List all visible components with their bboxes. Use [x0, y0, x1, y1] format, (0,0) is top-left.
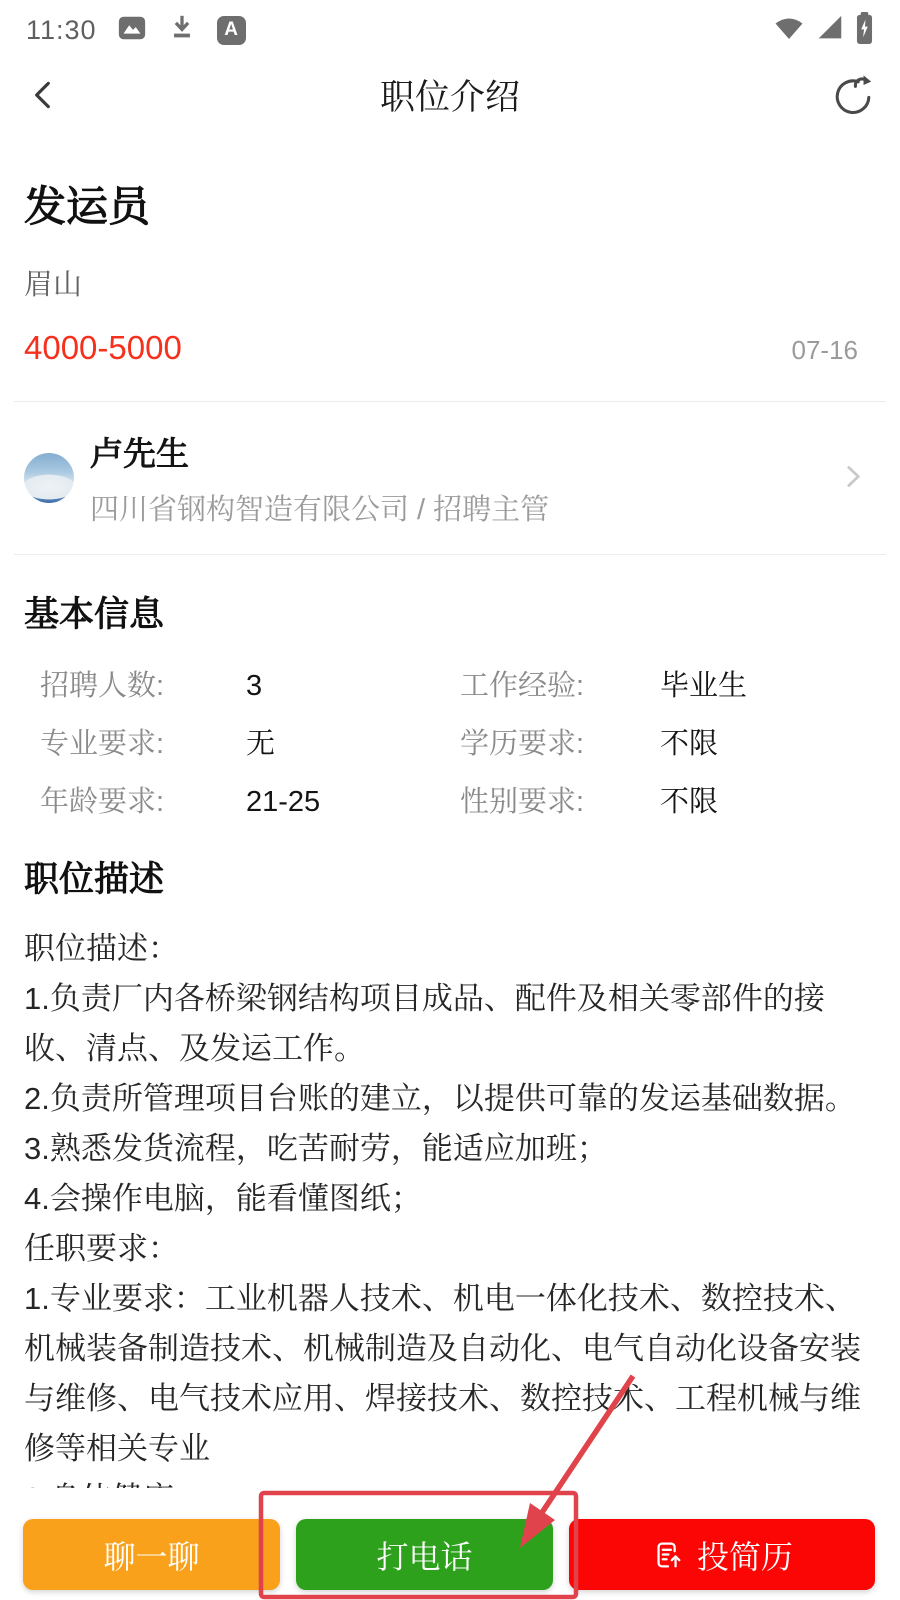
- chat-button[interactable]: 聊一聊: [23, 1519, 280, 1590]
- info-value: 不限: [660, 721, 876, 762]
- info-value: 21-25: [246, 786, 460, 819]
- info-label: 年龄要求:: [40, 779, 246, 820]
- info-label: 招聘人数:: [40, 663, 246, 704]
- app-a-icon: A: [217, 16, 246, 45]
- info-label: 学历要求:: [460, 721, 660, 762]
- clock-time: 11:30: [26, 15, 97, 46]
- job-detail-screen: 11:30 A 职位介绍: [0, 0, 900, 1600]
- job-title: 发运员: [24, 174, 858, 234]
- job-description-paragraph: 任职要求：: [24, 1224, 876, 1274]
- recruiter-name: 卢先生: [90, 428, 549, 475]
- bottom-action-bar: 聊一聊 打电话 投简历: [0, 1488, 900, 1600]
- photo-icon: [117, 13, 147, 48]
- basic-info-title: 基本信息: [24, 587, 876, 637]
- info-label: 性别要求:: [460, 779, 660, 820]
- info-value: 不限: [660, 779, 876, 820]
- chevron-right-icon: [836, 459, 870, 498]
- info-label: 专业要求:: [40, 721, 246, 762]
- info-label: 工作经验:: [460, 663, 660, 704]
- job-description-paragraph: 职位描述：: [24, 924, 876, 974]
- status-bar: 11:30 A: [0, 0, 900, 52]
- job-description-paragraph: 1.专业要求：工业机器人技术、机电一体化技术、数控技术、机械装备制造技术、机械制…: [24, 1274, 876, 1474]
- recruiter-card[interactable]: 卢先生 四川省钢构智造有限公司 / 招聘主管: [0, 402, 900, 554]
- post-date: 07-16: [792, 335, 859, 366]
- battery-charging-icon: [855, 12, 874, 49]
- recruiter-company-role: 四川省钢构智造有限公司 / 招聘主管: [90, 487, 549, 528]
- nav-header: 职位介绍: [0, 60, 900, 130]
- job-description-paragraph: 4.会操作电脑，能看懂图纸；: [24, 1174, 876, 1224]
- apply-resume-button[interactable]: 投简历: [569, 1519, 875, 1590]
- job-description-paragraph: 3.熟悉发货流程，吃苦耐劳，能适应加班；: [24, 1124, 876, 1174]
- resume-upload-icon: [651, 1538, 685, 1572]
- job-description-paragraph: 1.负责厂内各桥梁钢结构项目成品、配件及相关零部件的接收、清点、及发运工作。: [24, 974, 876, 1074]
- job-description-title: 职位描述: [24, 852, 876, 902]
- info-value: 毕业生: [660, 663, 876, 704]
- job-header: 发运员 眉山 4000-5000 07-16: [0, 130, 900, 367]
- job-salary: 4000-5000: [24, 329, 182, 367]
- job-location: 眉山: [24, 262, 858, 303]
- job-description-section: 职位描述 职位描述： 1.负责厂内各桥梁钢结构项目成品、配件及相关零部件的接收、…: [0, 852, 900, 1524]
- basic-info-grid: 招聘人数: 3 工作经验: 毕业生 专业要求: 无 学历要求: 不限 年龄要求:…: [40, 663, 876, 820]
- apply-resume-label: 投简历: [697, 1532, 793, 1578]
- divider: [14, 554, 886, 555]
- job-description-body: 职位描述： 1.负责厂内各桥梁钢结构项目成品、配件及相关零部件的接收、清点、及发…: [24, 924, 876, 1524]
- signal-icon: [815, 13, 845, 48]
- recruiter-avatar: [24, 453, 74, 503]
- call-button[interactable]: 打电话: [296, 1519, 553, 1590]
- basic-info-section: 基本信息 招聘人数: 3 工作经验: 毕业生 专业要求: 无 学历要求: 不限 …: [0, 587, 900, 820]
- info-value: 无: [246, 721, 460, 762]
- wifi-icon: [773, 13, 805, 48]
- page-title: 职位介绍: [0, 70, 900, 120]
- job-description-paragraph: 2.负责所管理项目台账的建立，以提供可靠的发运基础数据。: [24, 1074, 876, 1124]
- download-icon: [167, 13, 197, 48]
- info-value: 3: [246, 670, 460, 703]
